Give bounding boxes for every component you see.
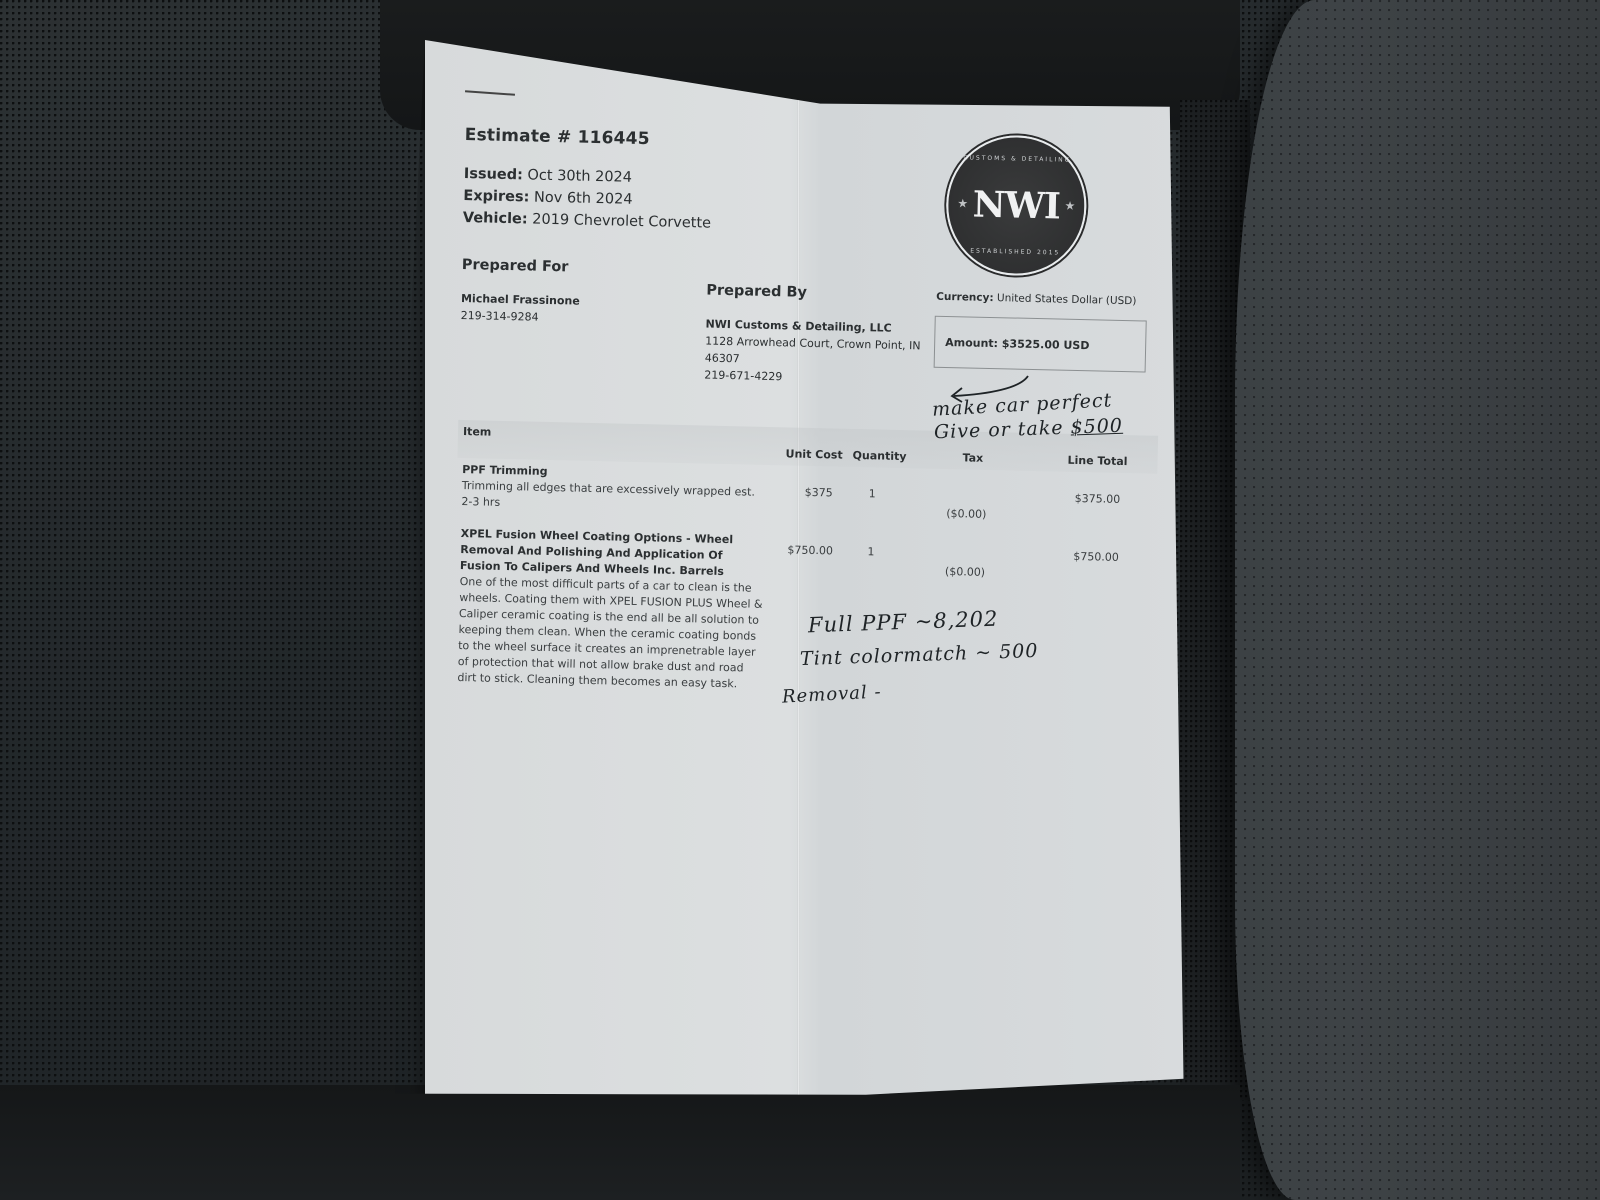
note-give-or-take-amount: $500: [1070, 415, 1123, 439]
unit-cost: $750.00: [787, 543, 833, 557]
quantity: 1: [867, 545, 874, 558]
item-cell: XPEL Fusion Wheel Coating Options - Whee…: [452, 526, 766, 693]
vehicle-label: Vehicle:: [463, 210, 528, 227]
item-description: One of the most difficult parts of a car…: [457, 574, 764, 693]
seat-cushion-bottom: [0, 1085, 1240, 1200]
prepared-by: Prepared By NWI Customs & Detailing, LLC…: [704, 283, 922, 389]
star-icon: ★: [1064, 199, 1075, 213]
table-row: XPEL Fusion Wheel Coating Options - Whee…: [452, 520, 1156, 706]
company-phone: 219-671-4229: [704, 366, 920, 388]
client-phone: 219-314-9284: [460, 307, 579, 327]
header-tax: Tax: [962, 451, 983, 464]
logo-arc-top-text: CUSTOMS & DETAILING: [949, 154, 1085, 164]
tax: ($0.00): [945, 565, 985, 579]
prepared-for-heading: Prepared For: [462, 257, 581, 277]
issued-label: Issued:: [464, 166, 523, 183]
star-icon: ★: [957, 196, 968, 210]
header-quantity: Quantity: [852, 449, 906, 463]
logo-arc-bottom-text: ESTABLISHED 2015: [947, 247, 1083, 257]
line-total: $750.00: [1073, 550, 1119, 564]
header-item: Item: [463, 425, 492, 439]
line-total: $375.00: [1075, 492, 1121, 506]
logo-mark: NWI: [972, 184, 1060, 228]
issued-value: Oct 30th 2024: [527, 167, 632, 185]
item-cell: PPF Trimming Trimming all edges that are…: [456, 462, 767, 517]
prepared-by-heading: Prepared By: [706, 283, 922, 305]
seat-bolster-right: [1235, 0, 1600, 1200]
tax: ($0.00): [946, 507, 986, 521]
expires-value: Nov 6th 2024: [534, 190, 633, 208]
quantity: 1: [869, 487, 876, 500]
unit-cost: $375: [805, 486, 833, 500]
prepared-for: Prepared For Michael Frassinone 219-314-…: [460, 257, 580, 327]
item-title: XPEL Fusion Wheel Coating Options - Whee…: [460, 526, 766, 581]
header-line-total: Line Total: [1067, 454, 1127, 468]
item-description: Trimming all edges that are excessively …: [461, 478, 767, 517]
expires-label: Expires:: [463, 188, 529, 205]
header-unit-cost: Unit Cost: [785, 447, 842, 461]
vehicle-value: 2019 Chevrolet Corvette: [532, 212, 711, 232]
